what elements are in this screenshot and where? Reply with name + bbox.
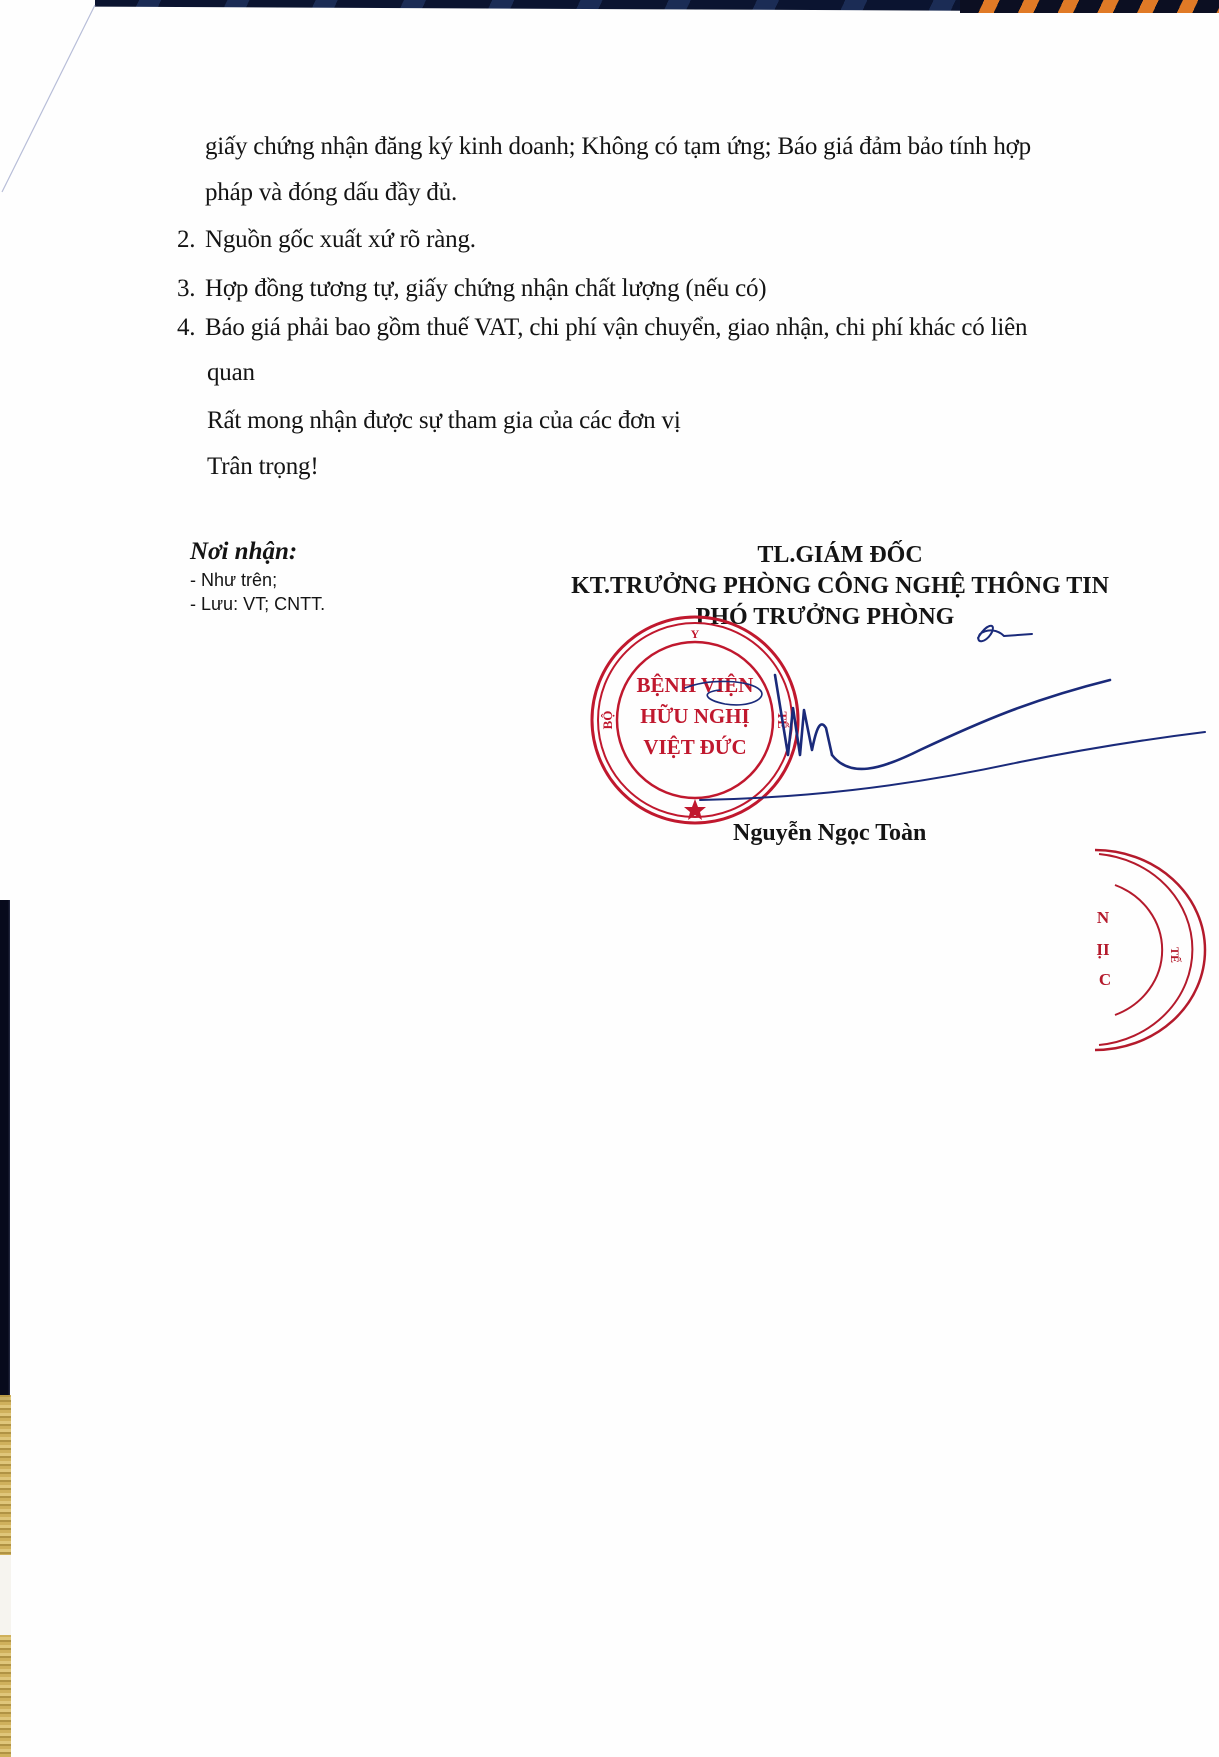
list-text: Hợp đồng tương tự, giấy chứng nhận chất … [205, 275, 766, 302]
signature-title-1: TL.GIÁM ĐỐC [520, 542, 1160, 569]
partial-stamp-letter: C [1099, 970, 1111, 989]
partial-stamp: N ỊI C TẾ [1075, 845, 1219, 1055]
signer-name: Nguyễn Ngọc Toàn [733, 820, 926, 847]
background-edge-left-dark [0, 900, 10, 1400]
list-text: Nguồn gốc xuất xứ rõ ràng. [205, 226, 476, 253]
background-stripes-top-right [960, 0, 1219, 13]
list-number: 4. [177, 315, 205, 340]
handwritten-signature [600, 600, 1219, 830]
stamp-line-1: BỆNH VIỆN [637, 673, 754, 697]
stamp-ring-right: TẾ [775, 711, 790, 728]
signature-title-3: PHÓ TRƯỞNG PHÒNG [505, 604, 1145, 631]
background-edge-left-gold [0, 1395, 11, 1757]
list-text: Báo giá phải bao gồm thuế VAT, chi phí v… [205, 314, 1027, 341]
item1-continuation-line2: pháp và đóng dấu đầy đủ. [205, 180, 457, 205]
closing-sentence: Rất mong nhận được sự tham gia của các đ… [207, 408, 681, 433]
list-number: 3. [177, 276, 205, 301]
list-item-3: 3.Hợp đồng tương tự, giấy chứng nhận chấ… [177, 276, 766, 301]
partial-stamp-letter: N [1097, 908, 1110, 927]
scanned-document-page: giấy chứng nhận đăng ký kinh doanh; Khôn… [0, 0, 1219, 1757]
list-item-4-continuation: quan [207, 360, 255, 385]
partial-stamp-ring-right: TẾ [1168, 947, 1183, 963]
signature-title-2: KT.TRƯỞNG PHÒNG CÔNG NGHỆ THÔNG TIN [520, 573, 1160, 600]
stamp-line-2: HỮU NGHỊ [640, 704, 749, 728]
list-item-4: 4.Báo giá phải bao gồm thuế VAT, chi phí… [177, 315, 1027, 340]
regards: Trân trọng! [207, 454, 318, 479]
page-fold-line [0, 0, 100, 200]
official-stamp: BỆNH VIỆN HỮU NGHỊ VIỆT ĐỨC Y BỘ TẾ [580, 610, 810, 835]
star-icon [684, 799, 706, 820]
recipients-title: Nơi nhận: [190, 538, 297, 566]
stamp-line-3: VIỆT ĐỨC [643, 735, 746, 759]
item1-continuation-line1: giấy chứng nhận đăng ký kinh doanh; Khôn… [205, 134, 1031, 159]
stamp-ring-left: BỘ [600, 711, 615, 730]
list-item-2: 2.Nguồn gốc xuất xứ rõ ràng. [177, 227, 476, 252]
recipient-item: - Như trên; [190, 570, 277, 591]
recipient-item: - Lưu: VT; CNTT. [190, 594, 325, 615]
partial-stamp-letter: ỊI [1096, 940, 1110, 959]
list-number: 2. [177, 227, 205, 252]
